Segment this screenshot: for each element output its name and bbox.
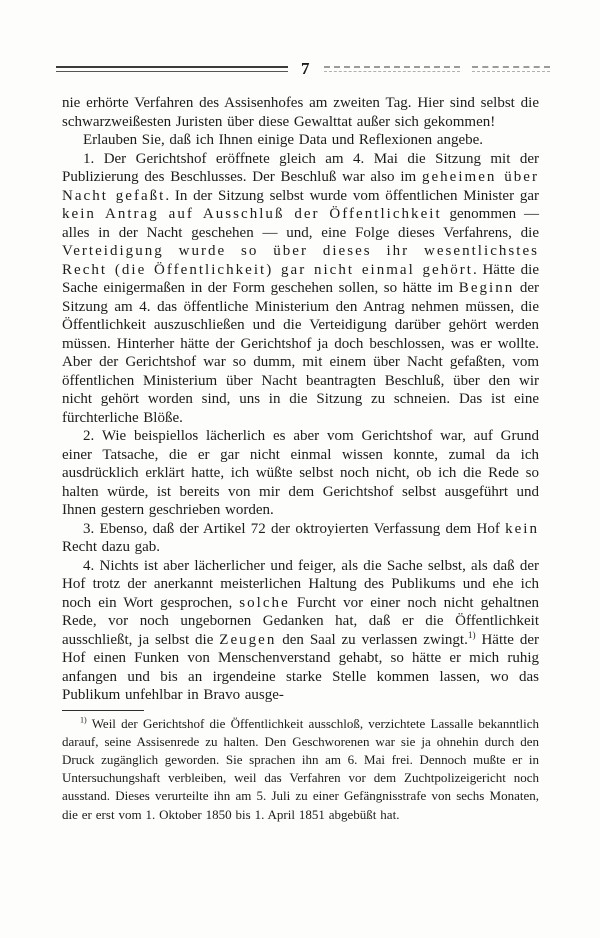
- paragraph: 4. Nichts ist aber lächerlicher und feig…: [62, 557, 539, 705]
- header-rule-right: [324, 66, 460, 72]
- footnote-marker: 1): [80, 715, 87, 724]
- emphasis-letterspaced: solche: [239, 595, 289, 611]
- text-run: . In der Sitzung selbst wurde vom öffent…: [165, 188, 539, 204]
- footnote-paragraph: 1) Weil der Gerichtshof die Öffentlichke…: [62, 715, 539, 824]
- header-rule-left: [56, 66, 288, 72]
- paragraph: 2. Wie beispiellos lächerlich es aber vo…: [62, 427, 539, 520]
- text-run: 3. Ebenso, daß der Artikel 72 der oktroy…: [83, 521, 505, 537]
- book-page-scan: 7 nie erhörte Verfahren des Assisenhofes…: [0, 0, 600, 938]
- emphasis-letterspaced: Beginn: [459, 280, 514, 296]
- header-rule-right-end: [472, 66, 550, 72]
- footnote-separator: [62, 710, 144, 711]
- emphasis-letterspaced: kein: [505, 521, 539, 537]
- text-run: 2. Wie beispiellos lächerlich es aber vo…: [62, 428, 539, 518]
- text-run: Weil der Gerichtshof die Öffentlichkeit …: [62, 716, 539, 822]
- footnote-block: 1) Weil der Gerichtshof die Öffentlichke…: [62, 715, 539, 824]
- page-number: 7: [288, 59, 324, 79]
- paragraph: 1. Der Gerichtshof eröffnete gleich am 4…: [62, 150, 539, 428]
- text-run: den Saal zu verlassen zwingt.: [276, 632, 467, 648]
- text-run: nie erhörte Verfahren des Assisenhofes a…: [62, 95, 539, 130]
- text-run: Erlauben Sie, daß ich Ihnen einige Data …: [83, 132, 483, 148]
- paragraph: 3. Ebenso, daß der Artikel 72 der oktroy…: [62, 520, 539, 557]
- text-run: Recht dazu gab.: [62, 539, 160, 555]
- text-block: nie erhörte Verfahren des Assisenhofes a…: [62, 94, 539, 705]
- emphasis-letterspaced: kein Antrag auf Ausschluß der Öffentlich…: [62, 206, 442, 222]
- text-run: der Sitzung am 4. das öffentliche Minist…: [62, 280, 539, 426]
- footnote-marker: 1): [468, 631, 476, 641]
- emphasis-letterspaced: Verteidigung wurde so über dieses ihr we…: [62, 243, 539, 278]
- paragraph: nie erhörte Verfahren des Assisenhofes a…: [62, 94, 539, 131]
- running-header: 7: [56, 58, 544, 80]
- paragraph: Erlauben Sie, daß ich Ihnen einige Data …: [62, 131, 539, 150]
- emphasis-letterspaced: Zeugen: [219, 632, 276, 648]
